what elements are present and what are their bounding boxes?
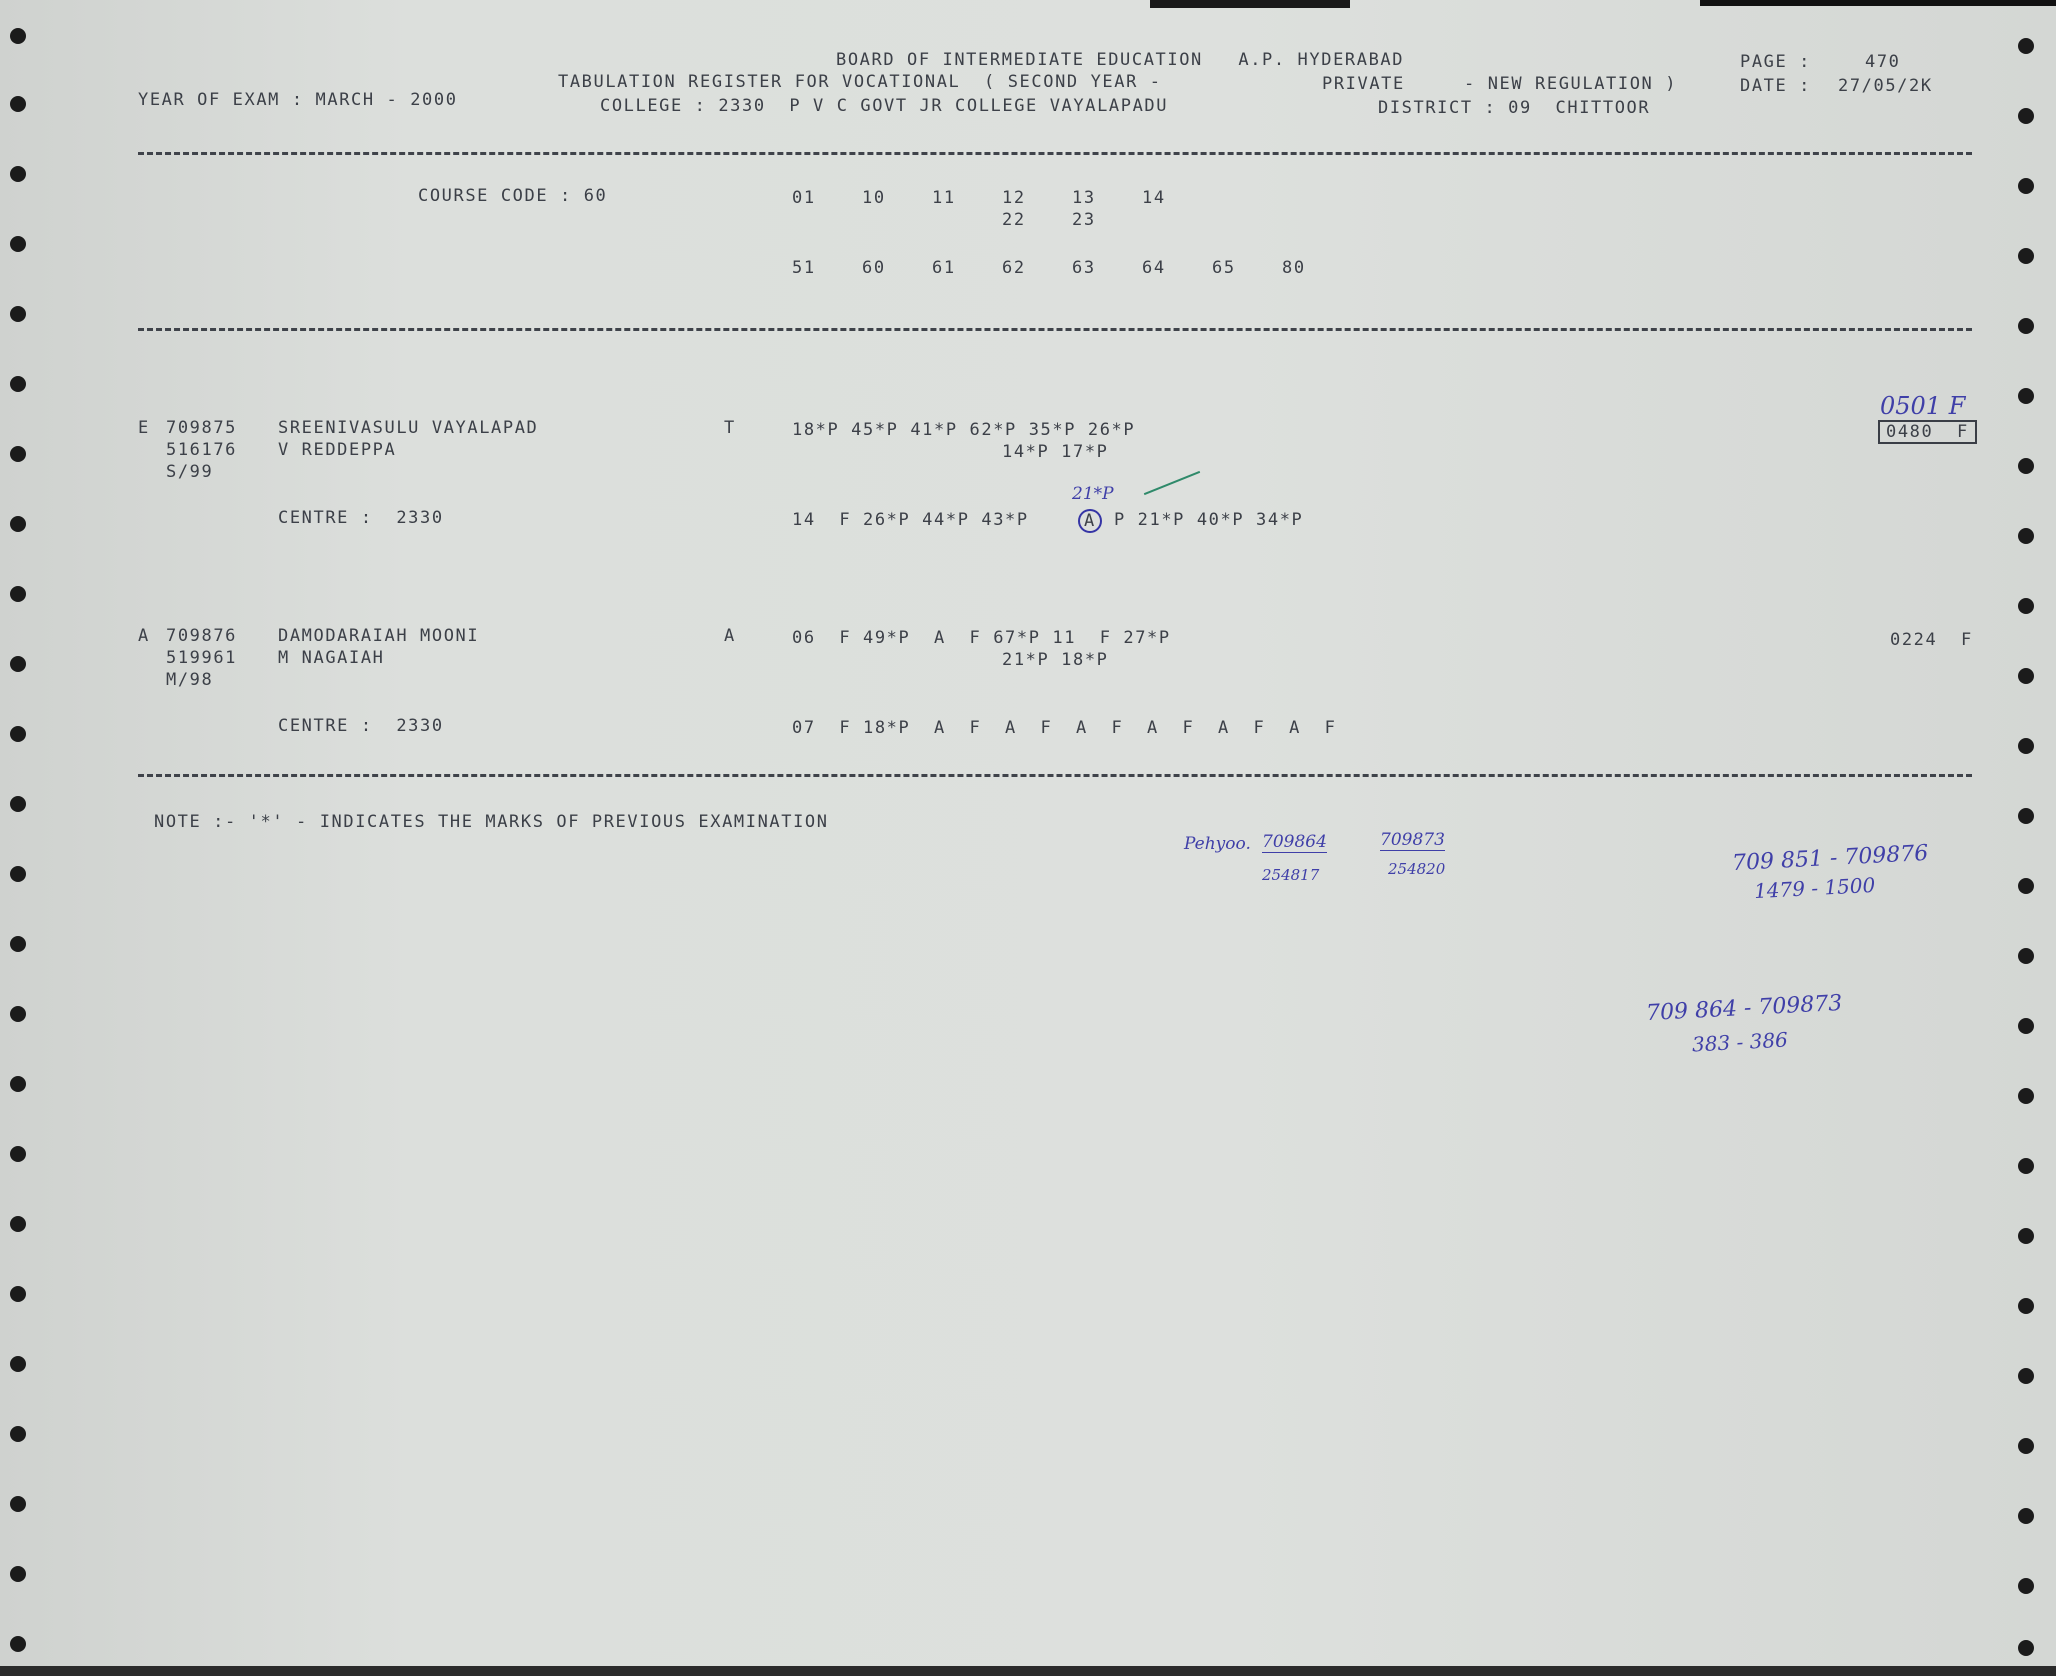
subject-code: 64 [1142,258,1166,278]
handwritten-note: 709 864 - 709873 [1645,991,1842,1026]
tabulation-register-page: BOARD OF INTERMEDIATE EDUCATION A.P. HYD… [0,0,2056,1676]
batch: M/98 [166,670,213,690]
district-info: DISTRICT : 09 CHITTOOR [1378,98,1650,118]
marks-row: 14*P 17*P [1002,442,1109,462]
marks-row: 18*P 45*P 41*P 62*P 35*P 26*P [792,420,1135,440]
subject-code: 22 [1002,210,1026,230]
subject-code: 60 [862,258,886,278]
student-id: 519961 [166,648,237,668]
marks-row: 14 F 26*P 44*P 43*P [792,510,1029,530]
handwritten-note: 709873 [1380,830,1445,851]
student-prefix: E [138,418,150,438]
handwritten-correction: 21*P [1072,484,1114,504]
divider-line [138,328,1972,331]
subject-code: 51 [792,258,816,278]
handwritten-note: 709 851 - 709876 [1731,841,1928,876]
subject-code: 14 [1142,188,1166,208]
college-info: COLLEGE : 2330 P V C GOVT JR COLLEGE VAY… [600,96,1168,116]
circled-mark: A [1078,509,1102,533]
handwritten-note: 1479 - 1500 [1753,873,1875,903]
course-code: COURSE CODE : 60 [418,186,607,206]
handwritten-note: 709864 [1262,832,1327,853]
centre: CENTRE : 2330 [278,716,444,736]
subject-code: 61 [932,258,956,278]
student-name: SREENIVASULU VAYALAPAD [278,418,538,438]
regulation-label: PRIVATE - NEW REGULATION ) [1322,74,1677,94]
register-title: TABULATION REGISTER FOR VOCATIONAL ( SEC… [558,72,1162,92]
batch: S/99 [166,462,213,482]
parent-name: M NAGAIAH [278,648,385,668]
date-label: DATE : [1740,76,1811,96]
subject-code: 13 [1072,188,1096,208]
subject-code: 10 [862,188,886,208]
student-prefix: A [138,626,150,646]
marks-row: P 21*P 40*P 34*P [1114,510,1303,530]
subject-code: 65 [1212,258,1236,278]
subject-code: 11 [932,188,956,208]
handwritten-note: Pehyoo. [1184,834,1251,854]
roll-number: 709875 [166,418,237,438]
handwritten-note: 254820 [1388,860,1445,878]
marks-row: 06 F 49*P A F 67*P 11 F 27*P [792,628,1171,648]
tractor-feed-holes-right [2018,0,2048,1676]
subject-code: 63 [1072,258,1096,278]
scan-edge-top [1150,0,1350,8]
subject-code: 01 [792,188,816,208]
tractor-feed-holes-left [10,0,40,1676]
marks-row: 21*P 18*P [1002,650,1109,670]
total-marks: 0480 F [1878,420,1977,444]
parent-name: V REDDEPPA [278,440,396,460]
tick-mark [1144,471,1200,495]
divider-line [138,774,1972,777]
page-number: 470 [1865,52,1901,72]
footnote: NOTE :- '*' - INDICATES THE MARKS OF PRE… [154,812,829,832]
subject-code: 12 [1002,188,1026,208]
roll-number: 709876 [166,626,237,646]
student-id: 516176 [166,440,237,460]
subject-code: 23 [1072,210,1096,230]
category: A [724,626,736,646]
centre: CENTRE : 2330 [278,508,444,528]
handwritten-note: 383 - 386 [1691,1028,1788,1057]
marks-row: 07 F 18*P A F A F A F A F A F A F [792,718,1336,738]
year-of-exam: YEAR OF EXAM : MARCH - 2000 [138,90,458,110]
subject-code: 62 [1002,258,1026,278]
divider-line [138,152,1972,155]
page-label: PAGE : [1740,52,1811,72]
scan-edge-bottom [0,1666,2056,1676]
handwritten-correction: 0501 F [1880,392,1965,420]
category: T [724,418,736,438]
subject-code: 80 [1282,258,1306,278]
total-marks: 0224 F [1890,630,1973,650]
handwritten-note: 254817 [1262,866,1319,884]
board-title: BOARD OF INTERMEDIATE EDUCATION A.P. HYD… [836,50,1404,70]
scan-edge-top-right [1700,0,2056,6]
date-value: 27/05/2K [1838,76,1933,96]
student-name: DAMODARAIAH MOONI [278,626,479,646]
